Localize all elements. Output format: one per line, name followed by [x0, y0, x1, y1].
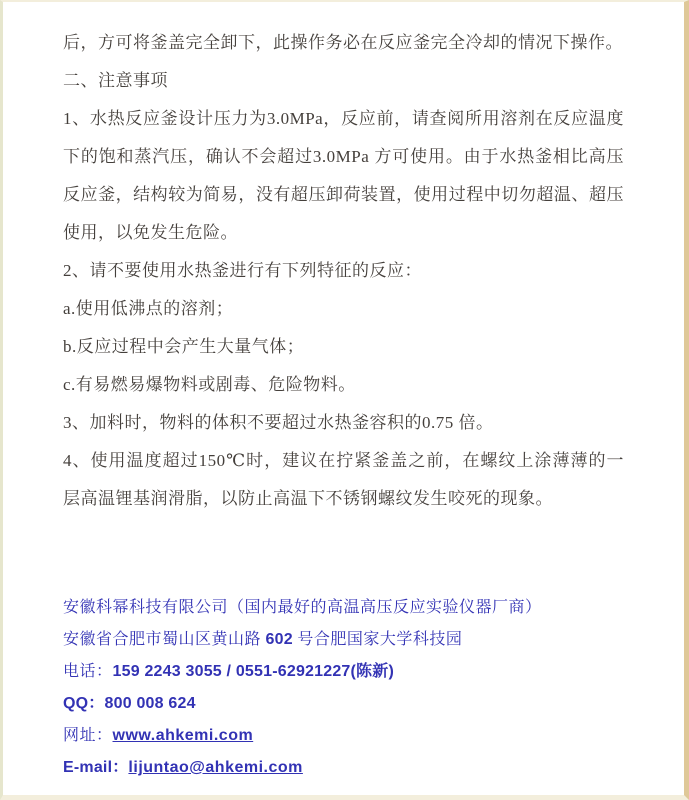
notice-item-1: 1、水热反应釜设计压力为3.0MPa，反应前，请查阅所用溶剂在反应温度下的饱和蒸… [63, 100, 624, 252]
document-page: 后，方可将釜盖完全卸下，此操作务必在反应釜完全冷却的情况下操作。 二、注意事项 … [0, 0, 689, 800]
notice-item-2: 2、请不要使用水热釜进行有下列特征的反应： [63, 252, 624, 290]
address-text-pre: 安徽省合肥市蜀山区黄山路 [63, 631, 266, 648]
company-address: 安徽省合肥市蜀山区黄山路 602 号合肥国家大学科技园 [63, 624, 624, 656]
notice-item-2a: a.使用低沸点的溶剂； [63, 290, 624, 328]
company-name: 安徽科幂科技有限公司（国内最好的高温高压反应实验仪器厂商） [63, 592, 624, 624]
contact-block: 安徽科幂科技有限公司（国内最好的高温高压反应实验仪器厂商） 安徽省合肥市蜀山区黄… [63, 592, 624, 784]
phone-number: 159 2243 3055 / 0551-62921227(陈新) [113, 663, 394, 680]
notice-item-2b: b.反应过程中会产生大量气体； [63, 328, 624, 366]
notice-item-2c: c.有易燃易爆物料或剧毒、危险物料。 [63, 366, 624, 404]
qq-number: 800 008 624 [105, 695, 196, 712]
website-label: 网址： [63, 727, 113, 744]
notice-section: 后，方可将釜盖完全卸下，此操作务必在反应釜完全冷却的情况下操作。 二、注意事项 … [63, 24, 624, 518]
qq-line: QQ：800 008 624 [63, 688, 624, 720]
address-street-number: 602 [266, 631, 293, 648]
address-text-post: 号合肥国家大学科技园 [293, 631, 463, 648]
email-line: E-mail：lijuntao@ahkemi.com [63, 752, 624, 784]
phone-label: 电话： [63, 663, 113, 680]
intro-paragraph: 后，方可将釜盖完全卸下，此操作务必在反应釜完全冷却的情况下操作。 [63, 24, 624, 62]
email-link[interactable]: lijuntao@ahkemi.com [128, 759, 302, 776]
website-link[interactable]: www.ahkemi.com [113, 727, 254, 744]
email-label: E-mail： [63, 759, 128, 776]
website-line: 网址：www.ahkemi.com [63, 720, 624, 752]
qq-label: QQ： [63, 695, 105, 712]
section-heading: 二、注意事项 [63, 62, 624, 100]
notice-item-4: 4、使用温度超过150℃时，建议在拧紧釜盖之前，在螺纹上涂薄薄的一层高温锂基润滑… [63, 442, 624, 518]
phone-line: 电话：159 2243 3055 / 0551-62921227(陈新) [63, 656, 624, 688]
notice-item-3: 3、加料时，物料的体积不要超过水热釜容积的0.75 倍。 [63, 404, 624, 442]
